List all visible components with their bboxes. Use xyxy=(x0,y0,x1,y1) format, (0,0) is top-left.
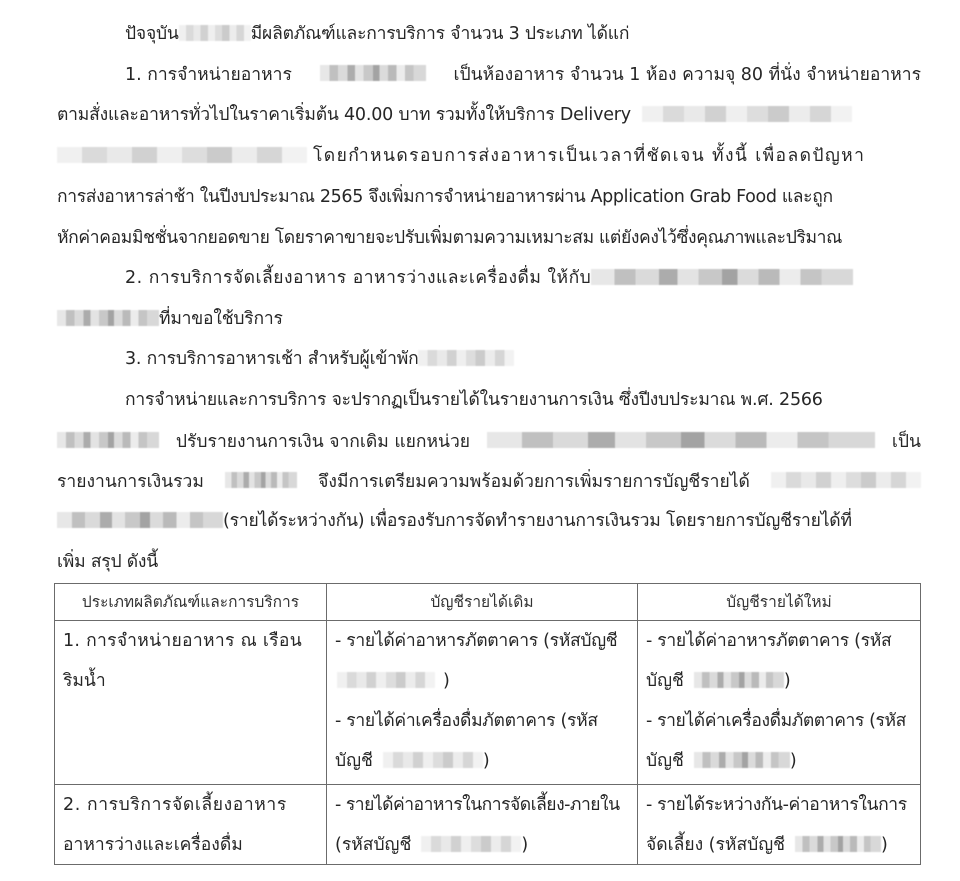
row2-type-text2: อาหารว่างและเครื่องดื่ม xyxy=(63,825,243,865)
account-label: บัญชี xyxy=(335,741,373,781)
row1-type-text1: 1. การจำหน่ายอาหาร ณ เรือน xyxy=(63,621,302,661)
account-label: (รหัสบัญชี xyxy=(335,825,411,865)
row1-old-2-text: - รายได้ค่าเครื่องดื่มภัตตาคาร (รหัส xyxy=(335,701,598,741)
redacted-client-name xyxy=(591,269,853,285)
item1-line1: 1. การจำหน่ายอาหาร เป็นห้องอาหาร จำนวน 1… xyxy=(125,54,921,94)
summary-line1: การจำหน่ายและการบริการ จะปรากฏเป็นรายได้… xyxy=(125,380,823,420)
redacted-delivery-detail-cont xyxy=(57,147,307,163)
summary-line2: ปรับรายงานการเงิน จากเดิม แยกหน่วย เป็น xyxy=(57,421,921,461)
paren-close: ) xyxy=(483,741,490,781)
row2-new-1-text: - รายได้ระหว่างกัน-ค่าอาหารในการ xyxy=(646,785,907,825)
item2-line2-text: ที่มาขอใช้บริการ xyxy=(159,309,283,329)
item2-line1: 2. การบริการจัดเลี้ยงอาหาร อาหารว่างและเ… xyxy=(125,258,853,298)
row1-new-1-text: - รายได้ค่าอาหารภัตตาคาร (รหัส xyxy=(646,621,891,661)
row2-old-1-line2: (รหัสบัญชี) xyxy=(335,825,629,865)
item1-desc: เป็นห้องอาหาร จำนวน 1 ห้อง ความจุ 80 ที่… xyxy=(454,60,921,88)
row1-old-1-text: - รายได้ค่าอาหารภัตตาคาร (รหัสบัญชี xyxy=(335,621,617,661)
redacted-account-code xyxy=(421,836,521,852)
row1-old-2-line1: - รายได้ค่าเครื่องดื่มภัตตาคาร (รหัส xyxy=(335,701,629,741)
account-label: จัดเลี้ยง (รหัสบัญชี xyxy=(646,825,785,865)
item1-line5-text: หักค่าคอมมิชชั่นจากยอดขาย โดยราคาขายจะปร… xyxy=(57,228,842,248)
item1-line3: โดยกำหนดรอบการส่งอาหารเป็นเวลาที่ชัดเจน … xyxy=(57,136,921,176)
table-row-2-new: - รายได้ระหว่างกัน-ค่าอาหารในการ จัดเลี้… xyxy=(638,785,920,865)
account-label: บัญชี xyxy=(646,661,684,701)
item1-line4: การส่งอาหารล่าช้า ในปีงบประมาณ 2565 จึงเ… xyxy=(57,177,833,217)
summary-line4: (รายได้ระหว่างกัน) เพื่อรองรับการจัดทำรา… xyxy=(57,501,852,541)
table-header-type: ประเภทผลิตภัณฑ์และการบริการ xyxy=(55,584,326,620)
redacted-unit-detail xyxy=(487,432,875,448)
table-row-2-type: 2. การบริการจัดเลี้ยงอาหาร อาหารว่างและเ… xyxy=(55,785,326,865)
row1-old-1-line2: ) xyxy=(335,661,629,701)
item3-line1-text: 3. การบริการอาหารเช้า สำหรับผู้เข้าพัก xyxy=(125,349,418,369)
summary-line3-mid: จึงมีการเตรียมความพร้อมด้วยการเพิ่มรายกา… xyxy=(318,467,750,495)
redacted-account-code xyxy=(694,752,790,768)
redacted-account-list-cont xyxy=(57,512,223,528)
row1-old-2-line2: บัญชี) xyxy=(335,741,629,781)
redacted-account-list xyxy=(771,472,921,488)
item1-title: 1. การจำหน่ายอาหาร xyxy=(125,60,292,88)
summary-line1-text: การจำหน่ายและการบริการ จะปรากฏเป็นรายได้… xyxy=(125,390,823,410)
item3-line1: 3. การบริการอาหารเช้า สำหรับผู้เข้าพัก xyxy=(125,339,514,379)
redacted-account-code xyxy=(383,752,483,768)
item2-line2: ที่มาขอใช้บริการ xyxy=(57,299,283,339)
summary-line4-text: (รายได้ระหว่างกัน) เพื่อรองรับการจัดทำรา… xyxy=(223,511,852,531)
paren-close: ) xyxy=(521,825,528,865)
paren-close: ) xyxy=(784,661,791,701)
summary-line3: รายงานการเงินรวม จึงมีการเตรียมความพร้อม… xyxy=(57,461,921,501)
row2-new-1-line2: จัดเลี้ยง (รหัสบัญชี) xyxy=(646,825,912,865)
table-row-2-old: - รายได้ค่าอาหารในการจัดเลี้ยง-ภายใน (รห… xyxy=(327,785,637,865)
revenue-accounts-table: ประเภทผลิตภัณฑ์และการบริการ บัญชีรายได้เ… xyxy=(54,583,921,865)
redacted-org-name xyxy=(179,25,251,41)
item2-line1-text: 2. การบริการจัดเลี้ยงอาหาร อาหารว่างและเ… xyxy=(125,268,591,288)
redacted-client-name-cont xyxy=(57,310,159,326)
redacted-account-code xyxy=(337,672,435,688)
paren-close: ) xyxy=(790,741,797,781)
paren-close: ) xyxy=(443,661,450,701)
intro-text-start: ปัจจุบัน xyxy=(125,24,179,44)
item1-line3-text: โดยกำหนดรอบการส่งอาหารเป็นเวลาที่ชัดเจน … xyxy=(313,136,865,176)
redacted-entity xyxy=(57,432,159,448)
summary-line5: เพิ่ม สรุป ดังนี้ xyxy=(57,542,158,582)
redacted-account-code xyxy=(795,836,881,852)
redacted-guest-location xyxy=(418,350,514,366)
table-row-1-type: 1. การจำหน่ายอาหาร ณ เรือน ริมน้ำ xyxy=(55,621,326,701)
row1-new-1-line1: - รายได้ค่าอาหารภัตตาคาร (รหัส xyxy=(646,621,912,661)
redacted-consolidated-entity xyxy=(225,472,297,488)
row1-new-1-line2: บัญชี) xyxy=(646,661,912,701)
redacted-delivery-detail xyxy=(642,106,852,122)
row2-type-line1: 2. การบริการจัดเลี้ยงอาหาร xyxy=(63,785,318,825)
summary-line2-end: เป็น xyxy=(892,427,921,455)
row2-old-1-line1: - รายได้ค่าอาหารในการจัดเลี้ยง-ภายใน xyxy=(335,785,629,825)
intro-text-end: มีผลิตภัณฑ์และการบริการ จำนวน 3 ประเภท ไ… xyxy=(251,24,630,44)
item1-line4-text: การส่งอาหารล่าช้า ในปีงบประมาณ 2565 จึงเ… xyxy=(57,187,833,207)
table-header-new-account: บัญชีรายได้ใหม่ xyxy=(638,584,920,620)
item1-line2-text: ตามสั่งและอาหารทั่วไปในราคาเริ่มต้น 40.0… xyxy=(57,105,631,125)
row2-type-text1: 2. การบริการจัดเลี้ยงอาหาร xyxy=(63,785,287,825)
summary-line2-text: ปรับรายงานการเงิน จากเดิม แยกหน่วย xyxy=(176,427,470,455)
summary-line3-start: รายงานการเงินรวม xyxy=(57,467,204,495)
row2-type-line2: อาหารว่างและเครื่องดื่ม xyxy=(63,825,318,865)
row1-type-text2: ริมน้ำ xyxy=(63,661,106,701)
item1-line2: ตามสั่งและอาหารทั่วไปในราคาเริ่มต้น 40.0… xyxy=(57,95,852,135)
row1-new-2-line1: - รายได้ค่าเครื่องดื่มภัตตาคาร (รหัส xyxy=(646,701,912,741)
row1-new-2-text: - รายได้ค่าเครื่องดื่มภัตตาคาร (รหัส xyxy=(646,701,906,741)
summary-line5-text: เพิ่ม สรุป ดังนี้ xyxy=(57,552,158,572)
table-row-1-old: - รายได้ค่าอาหารภัตตาคาร (รหัสบัญชี ) - … xyxy=(327,621,637,781)
table-row-1-new: - รายได้ค่าอาหารภัตตาคาร (รหัส บัญชี) - … xyxy=(638,621,920,781)
row1-type-line1: 1. การจำหน่ายอาหาร ณ เรือน xyxy=(63,621,318,661)
row2-new-1-line1: - รายได้ระหว่างกัน-ค่าอาหารในการ xyxy=(646,785,912,825)
redacted-restaurant-name xyxy=(320,65,426,81)
table-header-old-account: บัญชีรายได้เดิม xyxy=(327,584,637,620)
row1-old-1-line1: - รายได้ค่าอาหารภัตตาคาร (รหัสบัญชี xyxy=(335,621,629,661)
item1-line5: หักค่าคอมมิชชั่นจากยอดขาย โดยราคาขายจะปร… xyxy=(57,218,842,258)
row1-type-line2: ริมน้ำ xyxy=(63,661,318,701)
row1-new-2-line2: บัญชี) xyxy=(646,741,912,781)
redacted-account-code xyxy=(694,672,784,688)
paren-close: ) xyxy=(881,825,888,865)
intro-paragraph: ปัจจุบันมีผลิตภัณฑ์และการบริการ จำนวน 3 … xyxy=(125,14,629,54)
row2-old-1-text: - รายได้ค่าอาหารในการจัดเลี้ยง-ภายใน xyxy=(335,785,620,825)
account-label: บัญชี xyxy=(646,741,684,781)
